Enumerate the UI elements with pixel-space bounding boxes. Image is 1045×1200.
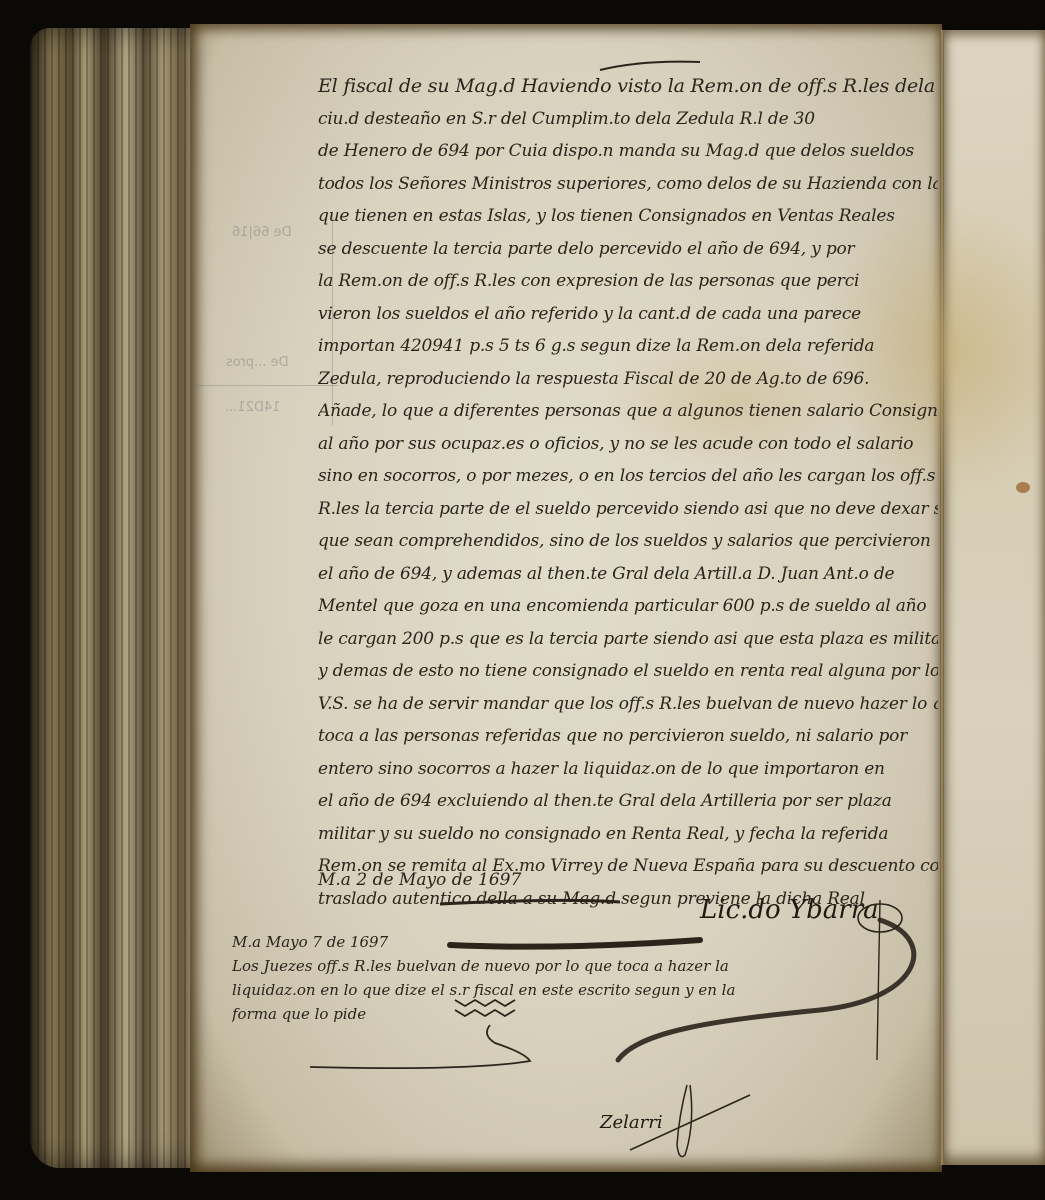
manuscript-body: El fiscal de su Mag.d Haviendo visto la … xyxy=(318,70,938,915)
manuscript-line: que sean comprehendidos, sino de los sue… xyxy=(318,525,938,558)
manuscript-line: el año de 694 excluiendo al then.te Gral… xyxy=(318,785,938,818)
manuscript-line: V.S. se ha de servir mandar que los off.… xyxy=(318,688,938,721)
bleed-through-rule xyxy=(198,385,338,386)
lower-signature: Zelarri xyxy=(600,1112,663,1133)
bleed-through-text: De ...pros xyxy=(226,355,289,370)
manuscript-line: vieron los sueldos el año referido y la … xyxy=(318,298,938,331)
decree-line: liquidaz.on en lo que dize el s.r fiscal… xyxy=(232,978,792,1002)
manuscript-line: Añade, lo que a diferentes personas que … xyxy=(318,395,938,428)
decree-line: M.a Mayo 7 de 1697 xyxy=(232,930,792,954)
bleed-through-text: 14D21... xyxy=(225,400,281,415)
marginal-decree: M.a Mayo 7 de 1697 Los Juezes off.s R.le… xyxy=(232,930,792,1026)
manuscript-line: todos los Señores Ministros superiores, … xyxy=(318,168,938,201)
manuscript-line: y demas de esto no tiene consignado el s… xyxy=(318,655,938,688)
book-page-edges xyxy=(30,28,215,1168)
manuscript-line: importan 420941 p.s 5 ts 6 g.s segun diz… xyxy=(318,330,938,363)
manuscript-line: militar y su sueldo no consignado en Ren… xyxy=(318,818,938,851)
manuscript-line: ciu.d desteaño en S.r del Cumplim.to del… xyxy=(318,103,938,136)
manuscript-line: sino en socorros, o por mezes, o en los … xyxy=(318,460,938,493)
closing-date: M.a 2 de Mayo de 1697 xyxy=(318,870,521,890)
manuscript-line: R.les la tercia parte de el sueldo perce… xyxy=(318,493,938,526)
manuscript-line: que tienen en estas Islas, y los tienen … xyxy=(318,200,938,233)
bleed-through-text: De 66|16 xyxy=(232,225,292,240)
decree-line: forma que lo pide xyxy=(232,1002,792,1026)
rust-spot xyxy=(1016,482,1030,493)
manuscript-line: al año por sus ocupaz.es o oficios, y no… xyxy=(318,428,938,461)
manuscript-line: de Henero de 694 por Cuia dispo.n manda … xyxy=(318,135,938,168)
manuscript-line: toca a las personas referidas que no per… xyxy=(318,720,938,753)
main-signature: Lic.do Ybarra xyxy=(700,895,879,925)
manuscript-line: se descuente la tercia parte delo percev… xyxy=(318,233,938,266)
decree-line: Los Juezes off.s R.les buelvan de nuevo … xyxy=(232,954,792,978)
manuscript-line: la Rem.on de off.s R.les con expresion d… xyxy=(318,265,938,298)
manuscript-line: Zedula, reproduciendo la respuesta Fisca… xyxy=(318,363,938,396)
manuscript-line: El fiscal de su Mag.d Haviendo visto la … xyxy=(318,70,938,103)
manuscript-line: le cargan 200 p.s que es la tercia parte… xyxy=(318,623,938,656)
manuscript-line: Mentel que goza en una encomienda partic… xyxy=(318,590,938,623)
manuscript-line: el año de 694, y ademas al then.te Gral … xyxy=(318,558,938,591)
manuscript-line: entero sino socorros a hazer la liquidaz… xyxy=(318,753,938,786)
